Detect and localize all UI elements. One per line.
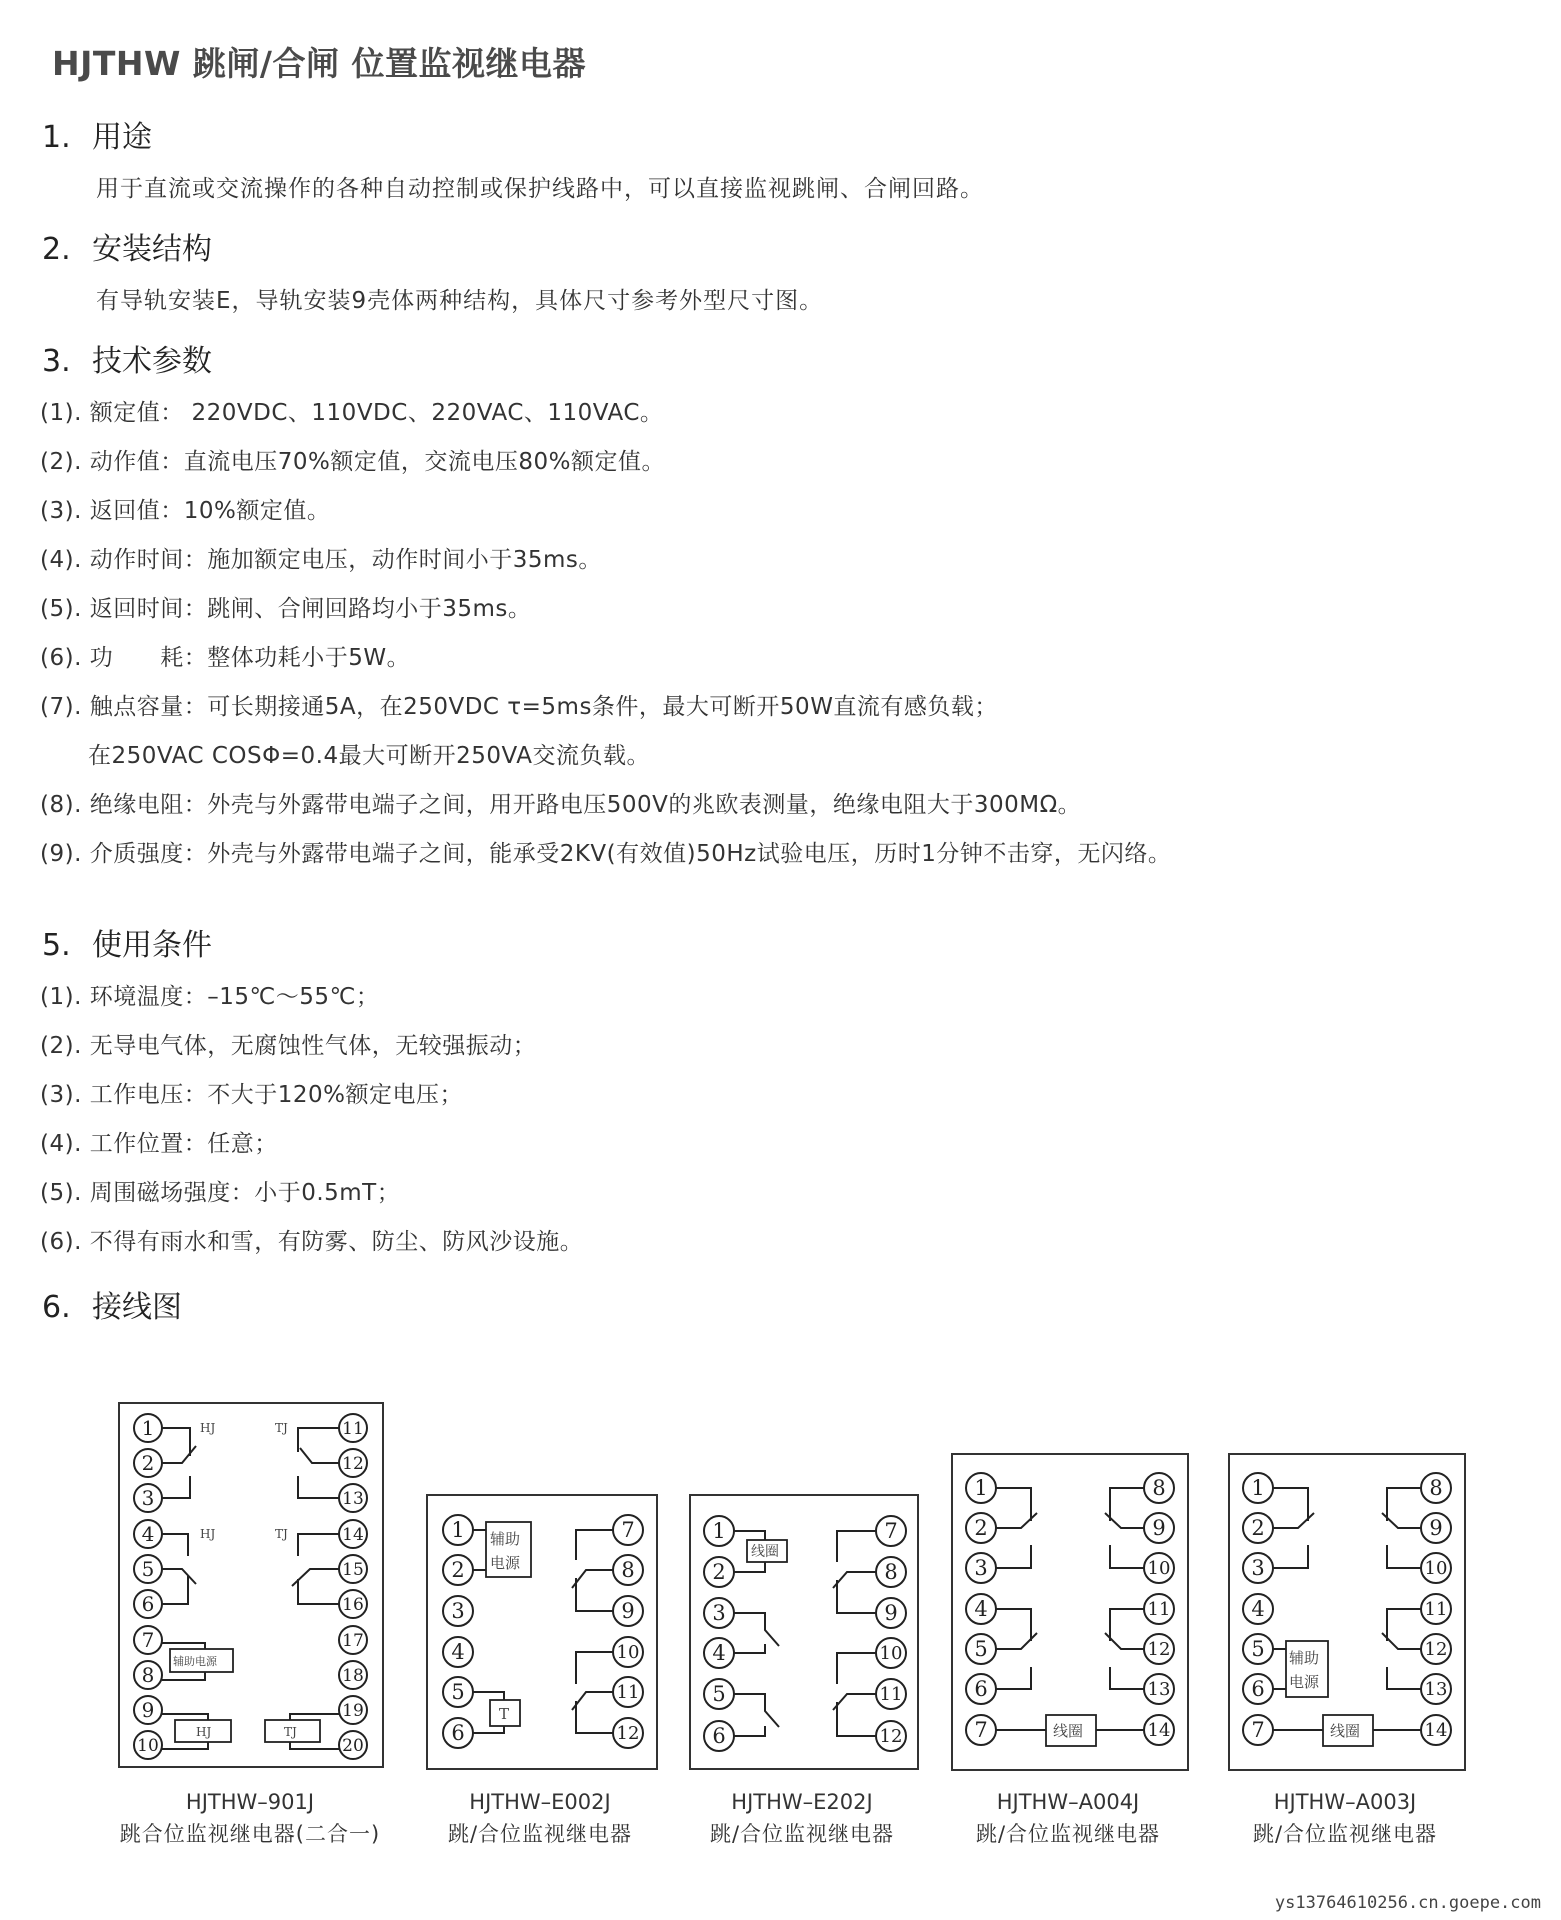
svg-text:7: 7 <box>142 1628 155 1652</box>
svg-text:6: 6 <box>712 1724 725 1748</box>
condition-environment: (2). 无导电气体，无腐蚀性气体，无较强振动； <box>40 1027 536 1060</box>
wiring-diagram-a003j: 1234567 891011121314 辅助 电源 线圈 <box>1228 1453 1466 1771</box>
svg-text:1: 1 <box>974 1476 987 1500</box>
wiring-schematic: 1234567 891011121314 线圈 <box>953 1455 1187 1769</box>
svg-text:6: 6 <box>142 1592 155 1616</box>
caption-901j: HJTHW–901J 跳合位监视继电器(二合一) <box>100 1790 400 1848</box>
svg-text:4: 4 <box>712 1641 725 1665</box>
svg-text:3: 3 <box>1251 1556 1264 1580</box>
wiring-schematic: 1234567 891011121314 辅助 电源 线圈 <box>1230 1455 1464 1769</box>
svg-text:6: 6 <box>974 1677 987 1701</box>
model-description: 跳/合位监视继电器 <box>390 1818 690 1848</box>
svg-text:14: 14 <box>342 1525 364 1545</box>
svg-text:线圈: 线圈 <box>751 1543 779 1560</box>
svg-text:2: 2 <box>142 1451 155 1475</box>
svg-text:HJ: HJ <box>200 1527 215 1541</box>
section-heading-wiring: 6.接线图 <box>42 1282 182 1326</box>
section-number: 5. <box>42 928 92 963</box>
svg-text:TJ: TJ <box>284 1725 297 1739</box>
svg-text:TJ: TJ <box>275 1421 288 1435</box>
svg-text:辅助电源: 辅助电源 <box>173 1654 218 1668</box>
model-number: HJTHW–901J <box>100 1790 400 1814</box>
svg-text:20: 20 <box>342 1736 364 1756</box>
svg-text:4: 4 <box>1251 1597 1264 1621</box>
param-operate-value: (2). 动作值：直流电压70%额定值，交流电压80%额定值。 <box>40 443 665 476</box>
section-title: 用途 <box>92 120 152 155</box>
wiring-schematic: 12345678910 11121314151617181920 HJ HJ T… <box>120 1404 382 1766</box>
svg-text:3: 3 <box>712 1601 725 1625</box>
svg-text:6: 6 <box>1251 1677 1264 1701</box>
svg-text:8: 8 <box>1152 1476 1165 1500</box>
svg-text:12: 12 <box>1425 1639 1448 1660</box>
model-number: HJTHW–A003J <box>1195 1790 1495 1814</box>
svg-text:8: 8 <box>621 1558 634 1582</box>
svg-text:13: 13 <box>1148 1679 1171 1700</box>
param-contact-capacity-ac: 在250VAC COSΦ=0.4最大可断开250VA交流负载。 <box>88 737 650 770</box>
svg-text:电源: 电源 <box>490 1554 521 1572</box>
svg-text:6: 6 <box>451 1721 464 1745</box>
svg-text:电源: 电源 <box>1289 1673 1320 1691</box>
svg-text:9: 9 <box>621 1599 634 1623</box>
condition-weather: (6). 不得有雨水和雪，有防雾、防尘、防风沙设施。 <box>40 1223 583 1256</box>
svg-text:12: 12 <box>1148 1639 1171 1660</box>
watermark-url: ys13764610256.cn.goepe.com <box>1275 1893 1541 1913</box>
param-operate-time: (4). 动作时间：施加额定电压，动作时间小于35ms。 <box>40 541 602 574</box>
svg-text:7: 7 <box>621 1518 634 1542</box>
model-number: HJTHW–E002J <box>390 1790 690 1814</box>
section-number: 2. <box>42 232 92 267</box>
svg-text:17: 17 <box>342 1631 364 1651</box>
svg-text:12: 12 <box>617 1723 640 1744</box>
section-number: 6. <box>42 1290 92 1325</box>
svg-text:2: 2 <box>451 1558 464 1582</box>
svg-text:4: 4 <box>451 1640 464 1664</box>
svg-text:9: 9 <box>1429 1516 1442 1540</box>
svg-text:3: 3 <box>142 1486 155 1510</box>
svg-text:辅助: 辅助 <box>1289 1649 1319 1667</box>
svg-text:5: 5 <box>712 1682 725 1706</box>
svg-text:18: 18 <box>342 1666 364 1686</box>
svg-text:1: 1 <box>712 1519 725 1543</box>
svg-text:10: 10 <box>1148 1558 1171 1579</box>
svg-text:2: 2 <box>974 1516 987 1540</box>
svg-text:10: 10 <box>1425 1558 1448 1579</box>
wiring-diagram-901j: 12345678910 11121314151617181920 HJ HJ T… <box>118 1402 384 1768</box>
param-rated-value: (1). 额定值： 220VDC、110VDC、220VAC、110VAC。 <box>40 394 663 427</box>
svg-text:7: 7 <box>1251 1718 1264 1742</box>
svg-text:辅助: 辅助 <box>490 1530 520 1548</box>
condition-temperature: (1). 环境温度：–15℃～55℃； <box>40 978 379 1011</box>
param-power: (6). 功 耗：整体功耗小于5W。 <box>40 639 410 672</box>
svg-text:8: 8 <box>1429 1476 1442 1500</box>
param-insulation: (8). 绝缘电阻：外壳与外露带电端子之间，用开路电压500V的兆欧表测量，绝缘… <box>40 786 1081 819</box>
svg-text:1: 1 <box>142 1416 155 1440</box>
svg-text:15: 15 <box>342 1560 364 1580</box>
section-heading-conditions: 5.使用条件 <box>42 920 212 964</box>
svg-text:13: 13 <box>1425 1679 1448 1700</box>
svg-text:11: 11 <box>1148 1599 1171 1620</box>
model-description: 跳/合位监视继电器 <box>652 1818 952 1848</box>
model-description: 跳/合位监视继电器 <box>918 1818 1218 1848</box>
section-heading-tech-params: 3.技术参数 <box>42 336 212 380</box>
param-dielectric: (9). 介质强度：外壳与外露带电端子之间，能承受2KV(有效值)50Hz试验电… <box>40 835 1171 868</box>
svg-text:线圈: 线圈 <box>1053 1722 1083 1740</box>
svg-text:11: 11 <box>617 1682 640 1703</box>
svg-text:8: 8 <box>142 1663 155 1687</box>
svg-text:HJ: HJ <box>196 1725 211 1739</box>
svg-text:5: 5 <box>974 1637 987 1661</box>
svg-text:7: 7 <box>884 1519 897 1543</box>
svg-text:4: 4 <box>142 1522 155 1546</box>
installation-text: 有导轨安装E，导轨安装9壳体两种结构，具体尺寸参考外型尺寸图。 <box>96 282 823 315</box>
svg-text:11: 11 <box>880 1684 903 1705</box>
param-return-time: (5). 返回时间：跳闸、合闸回路均小于35ms。 <box>40 590 531 623</box>
svg-text:5: 5 <box>1251 1637 1264 1661</box>
svg-text:9: 9 <box>142 1698 155 1722</box>
svg-text:10: 10 <box>137 1736 159 1756</box>
param-contact-capacity: (7). 触点容量：可长期接通5A，在250VDC τ=5ms条件，最大可断开5… <box>40 688 998 721</box>
svg-text:10: 10 <box>617 1642 640 1663</box>
wiring-diagram-e002j: 123456 789101112 辅助 电源 T <box>426 1494 658 1770</box>
condition-position: (4). 工作位置：任意； <box>40 1125 278 1158</box>
svg-text:14: 14 <box>1148 1720 1171 1741</box>
svg-text:3: 3 <box>974 1556 987 1580</box>
svg-text:TJ: TJ <box>275 1527 288 1541</box>
wiring-schematic: 123456 789101112 辅助 电源 T <box>428 1496 656 1768</box>
svg-text:4: 4 <box>974 1597 987 1621</box>
svg-text:14: 14 <box>1425 1720 1448 1741</box>
model-number: HJTHW–A004J <box>918 1790 1218 1814</box>
svg-text:HJ: HJ <box>200 1421 215 1435</box>
svg-text:5: 5 <box>451 1680 464 1704</box>
model-description: 跳/合位监视继电器 <box>1195 1818 1495 1848</box>
svg-text:线圈: 线圈 <box>1330 1722 1360 1740</box>
caption-a003j: HJTHW–A003J 跳/合位监视继电器 <box>1195 1790 1495 1848</box>
svg-text:10: 10 <box>880 1643 903 1664</box>
svg-text:3: 3 <box>451 1599 464 1623</box>
section-number: 1. <box>42 120 92 155</box>
svg-text:T: T <box>499 1705 509 1723</box>
svg-text:7: 7 <box>974 1718 987 1742</box>
section-title: 接线图 <box>92 1290 182 1325</box>
section-title: 技术参数 <box>92 344 212 379</box>
section-heading-installation: 2.安装结构 <box>42 224 212 268</box>
svg-text:11: 11 <box>342 1419 364 1439</box>
svg-text:16: 16 <box>342 1595 364 1615</box>
wiring-schematic: 123456 789101112 线圈 <box>691 1496 917 1768</box>
svg-text:9: 9 <box>1152 1516 1165 1540</box>
caption-e202j: HJTHW–E202J 跳/合位监视继电器 <box>652 1790 952 1848</box>
usage-text: 用于直流或交流操作的各种自动控制或保护线路中，可以直接监视跳闸、合闸回路。 <box>96 170 984 203</box>
caption-e002j: HJTHW–E002J 跳/合位监视继电器 <box>390 1790 690 1848</box>
model-description: 跳合位监视继电器(二合一) <box>100 1818 400 1848</box>
svg-text:12: 12 <box>880 1726 903 1747</box>
condition-voltage: (3). 工作电压：不大于120%额定电压； <box>40 1076 463 1109</box>
svg-text:5: 5 <box>142 1557 155 1581</box>
svg-text:19: 19 <box>342 1701 364 1721</box>
svg-text:2: 2 <box>712 1560 725 1584</box>
svg-text:12: 12 <box>342 1454 364 1474</box>
wiring-diagram-e202j: 123456 789101112 线圈 <box>689 1494 919 1770</box>
svg-text:2: 2 <box>1251 1516 1264 1540</box>
wiring-diagram-a004j: 1234567 891011121314 线圈 <box>951 1453 1189 1771</box>
svg-text:13: 13 <box>342 1489 364 1509</box>
caption-a004j: HJTHW–A004J 跳/合位监视继电器 <box>918 1790 1218 1848</box>
section-number: 3. <box>42 344 92 379</box>
section-title: 安装结构 <box>92 232 212 267</box>
condition-magnetic: (5). 周围磁场强度：小于0.5mT； <box>40 1174 400 1207</box>
param-return-value: (3). 返回值：10%额定值。 <box>40 492 330 525</box>
svg-text:9: 9 <box>884 1601 897 1625</box>
model-number: HJTHW–E202J <box>652 1790 952 1814</box>
section-heading-usage: 1.用途 <box>42 112 152 156</box>
svg-text:8: 8 <box>884 1560 897 1584</box>
svg-text:1: 1 <box>1251 1476 1264 1500</box>
section-title: 使用条件 <box>92 928 212 963</box>
svg-text:11: 11 <box>1425 1599 1448 1620</box>
svg-text:1: 1 <box>451 1518 464 1542</box>
page-title: HJTHW 跳闸/合闸 位置监视继电器 <box>52 38 586 85</box>
